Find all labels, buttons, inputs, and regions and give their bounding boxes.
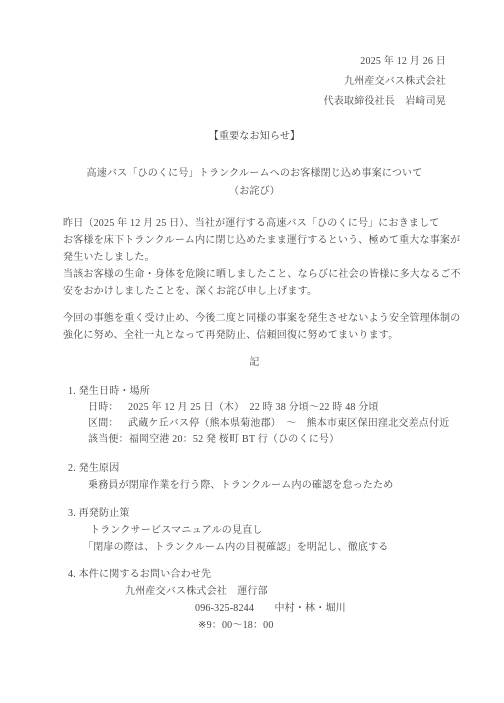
notice-title: 【重要なお知らせ】 — [63, 128, 446, 145]
detail-row: 日時： 2025 年 12 月 25 日（木） 22 時 38 分頃～22 時 … — [88, 400, 446, 416]
subject-title: 高速バス「ひのくに号」トランクルームへのお客様閉じ込め事案について （お詫び） — [63, 165, 446, 201]
paragraph-line: 今回の事態を重く受け止め、今後二度と同様の事案を発生させないよう安全管理体制の — [63, 310, 446, 327]
paragraph-line: 強化に努め、全社一丸となって再発防止、信頼回復に努めてまいります。 — [63, 327, 446, 344]
body-paragraph-1: 昨日（2025 年 12 月 25 日）、当社が運行する高速バス「ひのくに号」に… — [63, 215, 446, 300]
detail-label: 区間： — [88, 416, 128, 432]
contact-phone: 096-325-8244 中村・林・堀川 — [195, 600, 446, 617]
detail-row: 区間： 武蔵ケ丘バス停（熊本県菊池郡） ～ 熊本市東区保田窪北交差点付近 — [88, 416, 446, 432]
paragraph-line: 発生いたしました。 — [63, 249, 446, 266]
section-line: 「閉扉の際は、トランクルーム内の目視確認」を明記し、徹底する — [83, 539, 446, 556]
paragraph-line: 安をおかけしましたことを、深くお詫び申し上げます。 — [63, 283, 446, 300]
detail-value: 福岡空港 20：52 発 桜町 BT 行（ひのくに号） — [129, 432, 340, 448]
document-page: 2025 年 12 月 26 日 九州産交バス株式会社 代表取締役社長 岩﨑司晃… — [0, 0, 504, 703]
body-paragraph-2: 今回の事態を重く受け止め、今後二度と同様の事案を発生させないよう安全管理体制の … — [63, 310, 446, 344]
paragraph-line: 昨日（2025 年 12 月 25 日）、当社が運行する高速バス「ひのくに号」に… — [63, 215, 446, 232]
section-heading: 3. 再発防止策 — [68, 505, 446, 522]
subject-line: 高速バス「ひのくに号」トランクルームへのお客様閉じ込め事案について — [63, 165, 446, 183]
contact-line: 九州産交バス株式会社 運行部 — [125, 583, 446, 600]
detail-value: 2025 年 12 月 25 日（木） 22 時 38 分頃～22 時 48 分… — [128, 400, 379, 416]
paragraph-line: 当該お客様の生命・身体を危険に晒しましたこと、ならびに社会の皆様に多大なるご不 — [63, 266, 446, 283]
section-heading: 2. 発生原因 — [68, 460, 446, 477]
section-heading: 1. 発生日時・場所 — [68, 383, 446, 400]
detail-label: 該当便： — [88, 432, 129, 448]
apology-subtitle: （お詫び） — [63, 183, 446, 201]
letterhead-company: 九州産交バス株式会社 — [63, 72, 446, 92]
section-cause: 2. 発生原因 乗務員が閉扉作業を行う際、トランクルーム内の確認を怠ったため — [63, 460, 446, 494]
section-incident-datetime: 1. 発生日時・場所 日時： 2025 年 12 月 25 日（木） 22 時 … — [63, 383, 446, 448]
contact-hours: ※9：00～18：00 — [198, 617, 446, 634]
detail-rows: 日時： 2025 年 12 月 25 日（木） 22 時 38 分頃～22 時 … — [63, 400, 446, 448]
section-line: トランクサービスマニュアルの見直し — [90, 522, 446, 539]
section-line: 乗務員が閉扉作業を行う際、トランクルーム内の確認を怠ったため — [88, 477, 446, 494]
record-marker: 記 — [63, 354, 446, 371]
letterhead-date: 2025 年 12 月 26 日 — [63, 52, 446, 72]
paragraph-line: お客様を床下トランクルーム内に閉じ込めたまま運行するという、極めて重大な事案が — [63, 232, 446, 249]
letterhead: 2025 年 12 月 26 日 九州産交バス株式会社 代表取締役社長 岩﨑司晃 — [63, 52, 446, 112]
section-prevention: 3. 再発防止策 トランクサービスマニュアルの見直し 「閉扉の際は、トランクルー… — [63, 505, 446, 556]
section-contact: 4. 本件に関するお問い合わせ先 九州産交バス株式会社 運行部 096-325-… — [63, 566, 446, 634]
detail-row: 該当便： 福岡空港 20：52 発 桜町 BT 行（ひのくに号） — [88, 432, 446, 448]
letterhead-signer: 代表取締役社長 岩﨑司晃 — [63, 92, 446, 112]
section-heading: 4. 本件に関するお問い合わせ先 — [68, 566, 446, 583]
detail-value: 武蔵ケ丘バス停（熊本県菊池郡） ～ 熊本市東区保田窪北交差点付近 — [128, 416, 449, 432]
detail-label: 日時： — [88, 400, 128, 416]
